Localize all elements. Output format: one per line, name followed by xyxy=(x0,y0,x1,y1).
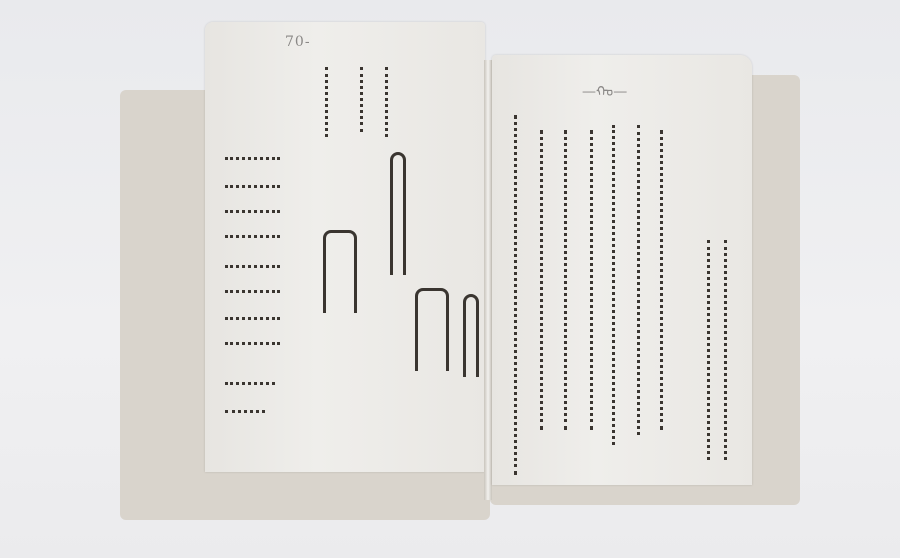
right-page: —ᠬᠣ— xyxy=(492,55,752,485)
book-spine xyxy=(484,60,492,500)
left-folio: 70- xyxy=(285,34,311,50)
right-folio: —ᠬᠣ— xyxy=(582,77,627,101)
left-page: 70- xyxy=(205,22,485,472)
book-photo: 70- —ᠬᠣ— xyxy=(0,0,900,558)
